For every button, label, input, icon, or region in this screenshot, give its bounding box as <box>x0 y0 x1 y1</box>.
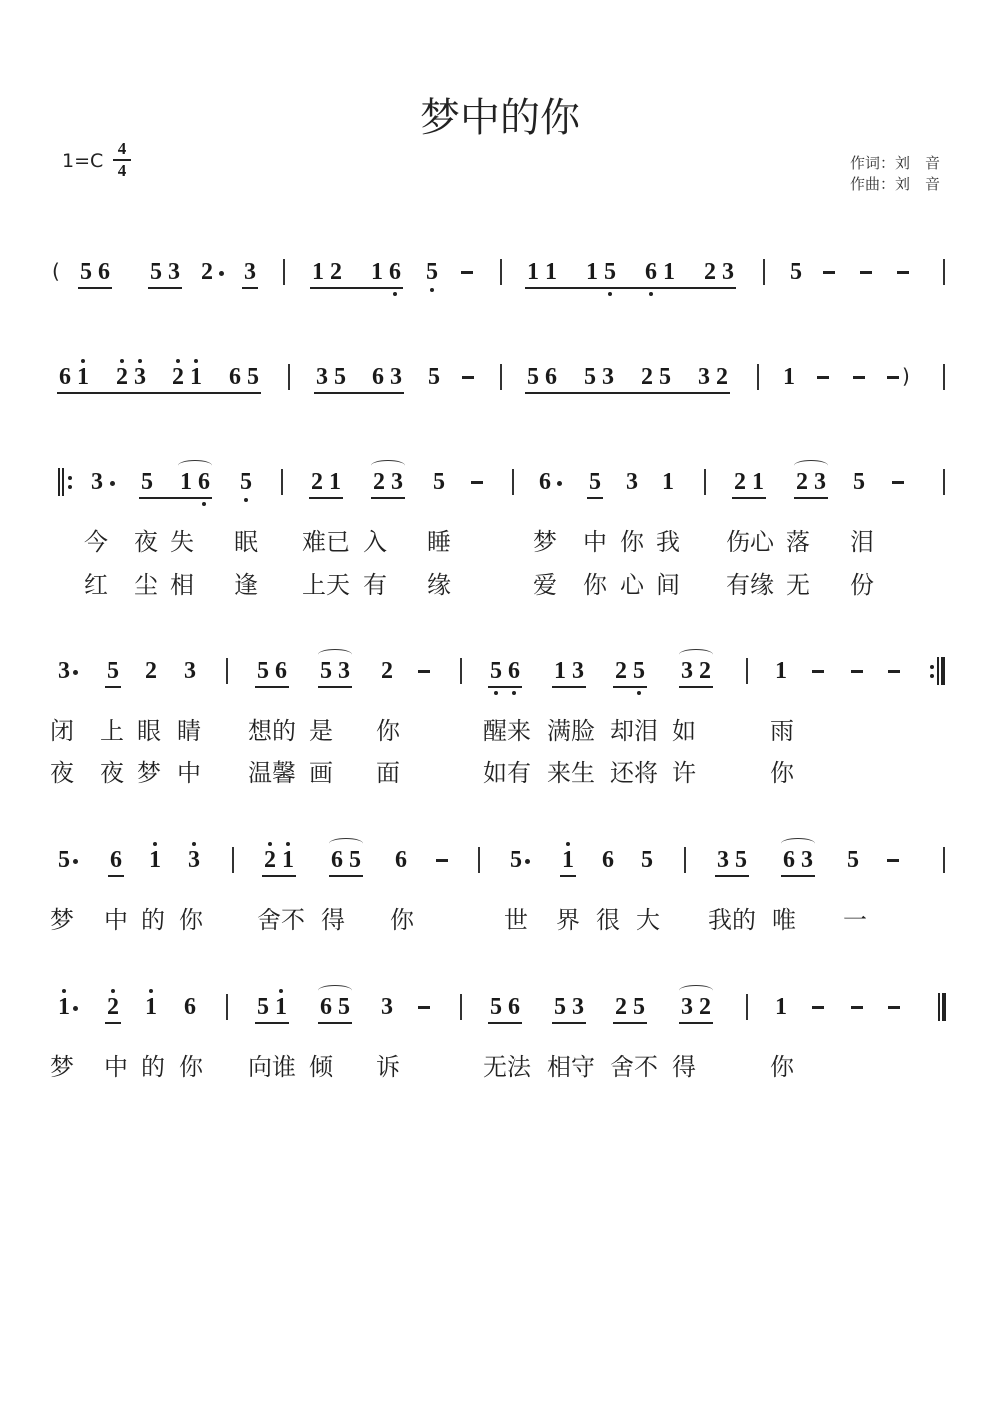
barline <box>684 847 686 873</box>
lyric-syllable: 缘 <box>427 565 451 600</box>
augmentation-dot <box>557 481 562 486</box>
note: 1 <box>56 993 72 1021</box>
low-octave-dot <box>244 498 248 502</box>
note: 6 <box>506 657 522 685</box>
lyric-syllable: 诉 <box>376 1047 400 1082</box>
note: 3 <box>388 363 404 391</box>
low-octave-dot <box>512 691 516 695</box>
lyric-syllable: 你 <box>620 522 644 557</box>
note: 1 <box>280 846 296 874</box>
note: 3 <box>799 846 815 874</box>
beam-underline <box>525 392 730 394</box>
beam-underline <box>552 1022 586 1024</box>
note: 5 <box>139 468 155 496</box>
beam-underline <box>57 392 261 394</box>
note: 6 <box>370 363 386 391</box>
lyric-syllable: 醒来 <box>483 711 531 746</box>
note: 6 <box>543 363 559 391</box>
beam-underline <box>105 686 121 688</box>
slur-arc <box>178 460 212 471</box>
augmentation-dot <box>73 670 78 675</box>
note: 5 <box>56 846 72 874</box>
lyric-syllable: 爱 <box>533 565 557 600</box>
lyric-syllable: 来生 <box>547 753 595 788</box>
note: 1 <box>273 993 289 1021</box>
lyric-syllable: 夜 <box>100 753 124 788</box>
note: 3 <box>679 993 695 1021</box>
note: 5 <box>788 258 804 286</box>
note: 6 <box>273 657 289 685</box>
note: 5 <box>245 363 261 391</box>
barline <box>512 469 514 495</box>
note: 6 <box>387 258 403 286</box>
note: 3 <box>570 657 586 685</box>
lyric-syllable: 失 <box>170 522 194 557</box>
note: 3 <box>720 258 736 286</box>
augmentation-dot <box>110 481 115 486</box>
note: 1 <box>369 258 385 286</box>
lyric-syllable: 你 <box>179 900 203 935</box>
lyric-syllable: 逢 <box>234 565 258 600</box>
note: 2 <box>371 468 387 496</box>
note: 5 <box>587 468 603 496</box>
time-signature-top: 4 <box>113 140 131 158</box>
sustain-dash <box>812 1006 824 1009</box>
lyric-syllable: 倾 <box>309 1047 333 1082</box>
note: 6 <box>182 993 198 1021</box>
note: 6 <box>600 846 616 874</box>
note: 3 <box>812 468 828 496</box>
sustain-dash <box>823 271 835 274</box>
beam-underline <box>560 875 576 877</box>
beam-underline <box>314 392 404 394</box>
lyric-syllable: 中 <box>104 900 128 935</box>
barline <box>460 994 462 1020</box>
lyric-syllable: 有缘 <box>726 565 774 600</box>
note: 3 <box>389 468 405 496</box>
barline <box>943 259 945 285</box>
note: 3 <box>679 657 695 685</box>
note: 6 <box>108 846 124 874</box>
lyric-syllable: 舍不 <box>257 900 305 935</box>
note: 2 <box>702 258 718 286</box>
lyric-syllable: 睛 <box>177 711 201 746</box>
beam-underline <box>255 686 289 688</box>
lyric-syllable: 心 <box>620 565 644 600</box>
lyric-syllable: 梦 <box>533 522 557 557</box>
note: 6 <box>393 846 409 874</box>
note: 1 <box>143 993 159 1021</box>
note: 6 <box>227 363 243 391</box>
sustain-dash <box>887 859 899 862</box>
slur-arc <box>781 838 815 849</box>
lyric-syllable: 无法 <box>483 1047 531 1082</box>
lyric-syllable: 你 <box>583 565 607 600</box>
sustain-dash <box>853 376 865 379</box>
note: 6 <box>506 993 522 1021</box>
high-octave-dot <box>566 842 570 846</box>
high-octave-dot <box>192 842 196 846</box>
lyric-syllable: 的 <box>141 900 165 935</box>
beam-underline <box>794 497 828 499</box>
beam-underline <box>715 875 749 877</box>
beam-underline <box>613 1022 647 1024</box>
beam-underline <box>587 497 603 499</box>
barline <box>226 658 228 684</box>
lyric-syllable: 睡 <box>427 522 451 557</box>
note: 3 <box>314 363 330 391</box>
note: 5 <box>78 258 94 286</box>
note: 2 <box>170 363 186 391</box>
lyric-syllable: 你 <box>770 1047 794 1082</box>
note: 1 <box>188 363 204 391</box>
lyric-syllable: 雨 <box>770 711 794 746</box>
barline <box>283 259 285 285</box>
note: 2 <box>613 657 629 685</box>
beam-underline <box>679 686 713 688</box>
note: 1 <box>147 846 163 874</box>
beam-underline <box>329 875 363 877</box>
lyric-syllable: 有 <box>363 565 387 600</box>
note: 5 <box>733 846 749 874</box>
beam-underline <box>488 686 522 688</box>
sustain-dash <box>851 670 863 673</box>
lyric-syllable: 大 <box>636 900 660 935</box>
note: 1 <box>781 363 797 391</box>
lyric-syllable: 无 <box>786 565 810 600</box>
barline <box>226 994 228 1020</box>
barline <box>746 994 748 1020</box>
sustain-dash <box>436 859 448 862</box>
slur-arc <box>318 985 352 996</box>
beam-underline <box>488 1022 522 1024</box>
note: 5 <box>552 993 568 1021</box>
low-octave-dot <box>202 502 206 506</box>
composer-credit: 作曲：刘 音 <box>850 173 940 194</box>
lyric-syllable: 满脸 <box>547 711 595 746</box>
lyricist-credit: 作词：刘 音 <box>850 152 940 173</box>
lyric-syllable: 尘 <box>134 565 158 600</box>
beam-underline <box>262 875 296 877</box>
lyric-syllable: 一 <box>843 900 867 935</box>
lyric-syllable: 我 <box>656 522 680 557</box>
note: 2 <box>199 258 215 286</box>
slur-arc <box>371 460 405 471</box>
note: 6 <box>643 258 659 286</box>
open-paren: ( <box>52 259 60 283</box>
high-octave-dot <box>120 359 124 363</box>
note: 2 <box>794 468 810 496</box>
lyric-syllable: 上天 <box>302 565 350 600</box>
lyric-syllable: 舍不 <box>610 1047 658 1082</box>
sustain-dash <box>888 1006 900 1009</box>
low-octave-dot <box>637 691 641 695</box>
sustain-dash <box>851 1006 863 1009</box>
lyric-syllable: 如 <box>672 711 696 746</box>
slur-arc <box>318 649 352 660</box>
barline <box>943 847 945 873</box>
note: 5 <box>148 258 164 286</box>
sustain-dash <box>471 481 483 484</box>
barline <box>943 364 945 390</box>
note: 5 <box>431 468 447 496</box>
note: 5 <box>238 468 254 496</box>
sustain-dash <box>892 481 904 484</box>
high-octave-dot <box>138 359 142 363</box>
sustain-dash <box>887 376 899 379</box>
note: 2 <box>309 468 325 496</box>
sustain-dash <box>461 271 473 274</box>
sustain-dash <box>897 271 909 274</box>
lyric-syllable: 夜 <box>50 753 74 788</box>
lyric-syllable: 画 <box>309 753 333 788</box>
note: 2 <box>732 468 748 496</box>
note: 5 <box>255 993 271 1021</box>
beam-underline <box>318 686 352 688</box>
note: 2 <box>379 657 395 685</box>
low-octave-dot <box>430 288 434 292</box>
note: 1 <box>525 258 541 286</box>
lyric-syllable: 是 <box>309 711 333 746</box>
lyric-syllable: 入 <box>363 522 387 557</box>
lyric-syllable: 伤心 <box>726 522 774 557</box>
augmentation-dot <box>525 859 530 864</box>
lyric-syllable: 中 <box>104 1047 128 1082</box>
lyric-syllable: 份 <box>850 565 874 600</box>
augmentation-dot <box>219 271 224 276</box>
note: 6 <box>196 468 212 496</box>
barline <box>288 364 290 390</box>
lyric-syllable: 向谁 <box>248 1047 296 1082</box>
note: 1 <box>560 846 576 874</box>
note: 5 <box>657 363 673 391</box>
sustain-dash <box>418 1006 430 1009</box>
augmentation-dot <box>73 859 78 864</box>
beam-underline <box>552 686 586 688</box>
note: 2 <box>639 363 655 391</box>
note: 5 <box>631 993 647 1021</box>
barline <box>763 259 765 285</box>
lyric-syllable: 面 <box>376 753 400 788</box>
high-octave-dot <box>268 842 272 846</box>
slur-arc <box>679 985 713 996</box>
beam-underline <box>310 287 403 289</box>
lyric-syllable: 梦 <box>50 1047 74 1082</box>
lyric-syllable: 闭 <box>50 711 74 746</box>
beam-underline <box>108 875 124 877</box>
note: 3 <box>600 363 616 391</box>
barline <box>757 364 759 390</box>
lyric-syllable: 我的 <box>708 900 756 935</box>
note: 1 <box>75 363 91 391</box>
note: 6 <box>781 846 797 874</box>
barline <box>746 658 748 684</box>
beam-underline <box>309 497 343 499</box>
note: 3 <box>379 993 395 1021</box>
lyric-syllable: 唯 <box>772 900 796 935</box>
note: 6 <box>329 846 345 874</box>
lyric-syllable: 还将 <box>610 753 658 788</box>
note: 2 <box>328 258 344 286</box>
beam-underline <box>679 1022 713 1024</box>
barline <box>232 847 234 873</box>
lyric-syllable: 你 <box>376 711 400 746</box>
key-signature: 1=C <box>62 150 103 172</box>
lyric-syllable: 你 <box>390 900 414 935</box>
lyric-syllable: 相 <box>170 565 194 600</box>
lyric-syllable: 梦 <box>137 753 161 788</box>
slur-arc <box>329 838 363 849</box>
note: 5 <box>347 846 363 874</box>
barline <box>460 658 462 684</box>
note: 3 <box>696 363 712 391</box>
sustain-dash <box>418 670 430 673</box>
high-octave-dot <box>176 359 180 363</box>
note: 5 <box>639 846 655 874</box>
beam-underline <box>255 1022 289 1024</box>
beam-underline <box>371 497 405 499</box>
note: 2 <box>143 657 159 685</box>
sustain-dash <box>812 670 824 673</box>
low-octave-dot <box>393 292 397 296</box>
barline <box>943 469 945 495</box>
note: 2 <box>105 993 121 1021</box>
high-octave-dot <box>279 989 283 993</box>
note: 5 <box>488 657 504 685</box>
low-octave-dot <box>649 292 653 296</box>
note: 3 <box>336 657 352 685</box>
note: 5 <box>488 993 504 1021</box>
note: 3 <box>186 846 202 874</box>
note: 1 <box>543 258 559 286</box>
close-paren: ) <box>902 364 910 388</box>
lyric-syllable: 却泪 <box>610 711 658 746</box>
note: 5 <box>631 657 647 685</box>
note: 5 <box>332 363 348 391</box>
time-signature-bottom: 4 <box>113 162 131 180</box>
lyric-syllable: 得 <box>672 1047 696 1082</box>
high-octave-dot <box>81 359 85 363</box>
lyric-syllable: 间 <box>656 565 680 600</box>
barline <box>500 259 502 285</box>
lyric-syllable: 想的 <box>248 711 296 746</box>
lyric-syllable: 你 <box>770 753 794 788</box>
slur-arc <box>794 460 828 471</box>
lyric-syllable: 得 <box>321 900 345 935</box>
note: 5 <box>582 363 598 391</box>
lyric-syllable: 泪 <box>850 522 874 557</box>
lyric-syllable: 落 <box>786 522 810 557</box>
note: 5 <box>336 993 352 1021</box>
note: 1 <box>660 468 676 496</box>
high-octave-dot <box>286 842 290 846</box>
note: 1 <box>750 468 766 496</box>
lyric-syllable: 世 <box>504 900 528 935</box>
note: 1 <box>773 993 789 1021</box>
sustain-dash <box>888 670 900 673</box>
note: 1 <box>552 657 568 685</box>
low-octave-dot <box>494 691 498 695</box>
sustain-dash <box>817 376 829 379</box>
note: 3 <box>242 258 258 286</box>
note: 5 <box>508 846 524 874</box>
lyric-syllable: 中 <box>583 522 607 557</box>
sustain-dash <box>462 376 474 379</box>
note: 3 <box>715 846 731 874</box>
note: 5 <box>255 657 271 685</box>
note: 1 <box>661 258 677 286</box>
lyric-syllable: 眠 <box>234 522 258 557</box>
high-octave-dot <box>149 989 153 993</box>
high-octave-dot <box>153 842 157 846</box>
lyric-syllable: 的 <box>141 1047 165 1082</box>
page-title: 梦中的你 <box>0 86 1000 143</box>
augmentation-dot <box>73 1006 78 1011</box>
beam-underline <box>318 1022 352 1024</box>
note: 5 <box>602 258 618 286</box>
lyric-syllable: 眼 <box>137 711 161 746</box>
lyric-syllable: 今 <box>84 522 108 557</box>
beam-underline <box>105 1022 121 1024</box>
lyric-syllable: 很 <box>596 900 620 935</box>
note: 1 <box>584 258 600 286</box>
note: 5 <box>424 258 440 286</box>
high-octave-dot <box>62 989 66 993</box>
note: 5 <box>426 363 442 391</box>
note: 5 <box>105 657 121 685</box>
beam-underline <box>525 287 736 289</box>
note: 6 <box>537 468 553 496</box>
lyric-syllable: 界 <box>556 900 580 935</box>
note: 2 <box>714 363 730 391</box>
barline <box>704 469 706 495</box>
time-signature: 4 4 <box>113 140 131 180</box>
note: 2 <box>613 993 629 1021</box>
note: 3 <box>166 258 182 286</box>
lyric-syllable: 红 <box>84 565 108 600</box>
sustain-dash <box>860 271 872 274</box>
note: 6 <box>318 993 334 1021</box>
lyric-syllable: 温馨 <box>248 753 296 788</box>
note: 3 <box>132 363 148 391</box>
note: 3 <box>624 468 640 496</box>
note: 1 <box>178 468 194 496</box>
barline <box>500 364 502 390</box>
beam-underline <box>78 287 112 289</box>
lyric-syllable: 夜 <box>134 522 158 557</box>
lyric-syllable: 梦 <box>50 900 74 935</box>
slur-arc <box>679 649 713 660</box>
lyric-syllable: 难已 <box>302 522 350 557</box>
beam-underline <box>139 497 212 499</box>
note: 6 <box>57 363 73 391</box>
note: 3 <box>570 993 586 1021</box>
note: 6 <box>96 258 112 286</box>
lyric-syllable: 许 <box>672 753 696 788</box>
beam-underline <box>732 497 766 499</box>
note: 3 <box>56 657 72 685</box>
high-octave-dot <box>194 359 198 363</box>
note: 5 <box>525 363 541 391</box>
note: 3 <box>182 657 198 685</box>
note: 2 <box>262 846 278 874</box>
beam-underline <box>242 287 258 289</box>
barline <box>281 469 283 495</box>
note: 2 <box>697 657 713 685</box>
lyric-syllable: 你 <box>179 1047 203 1082</box>
beam-underline <box>148 287 182 289</box>
high-octave-dot <box>111 989 115 993</box>
